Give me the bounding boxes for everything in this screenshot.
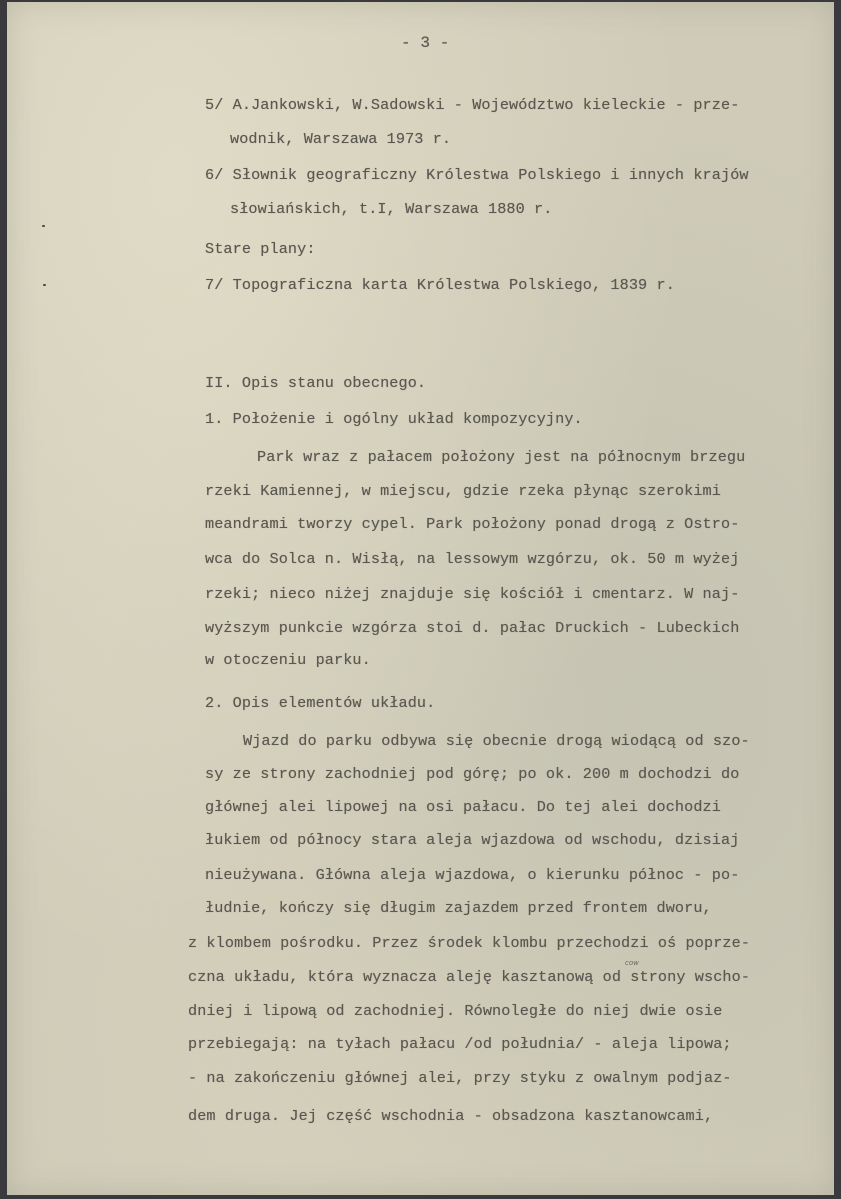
old-plans-heading: Stare plany: <box>205 240 316 258</box>
subsection-2-line: z klombem pośrodku. Przez środek klombu … <box>188 934 750 952</box>
subsection-2-line: - na zakończeniu głównej alei, przy styk… <box>188 1069 732 1087</box>
subsection-2-line: łukiem od północy stara aleja wjazdowa o… <box>205 831 739 849</box>
subsection-2-line: Wjazd do parku odbywa się obecnie drogą … <box>243 732 750 750</box>
subsection-2-line: nieużywana. Główna aleja wjazdowa, o kie… <box>205 866 739 884</box>
subsection-1-line: wyższym punkcie wzgórza stoi d. pałac Dr… <box>205 619 739 637</box>
subsection-1-line: wca do Solca n. Wisłą, na lessowym wzgór… <box>205 550 739 568</box>
subsection-2-line: dniej i lipową od zachodniej. Równoległe… <box>188 1002 722 1020</box>
subsection-1-line: rzeki Kamiennej, w miejscu, gdzie rzeka … <box>205 482 721 500</box>
old-plan-7: 7/ Topograficzna karta Królestwa Polskie… <box>205 276 675 294</box>
reference-5-line-2: wodnik, Warszawa 1973 r. <box>230 130 451 148</box>
reference-5-line-1: 5/ A.Jankowski, W.Sadowski - Województwo… <box>205 96 739 114</box>
reference-6-line-1: 6/ Słownik geograficzny Królestwa Polski… <box>205 166 749 184</box>
subsection-2-line: głównej alei lipowej na osi pałacu. Do t… <box>205 798 721 816</box>
subsection-2-line: dem druga. Jej część wschodnia - obsadzo… <box>188 1107 713 1125</box>
subsection-1-line: rzeki; nieco niżej znajduje się kościół … <box>205 585 739 603</box>
subsection-1-line: meandrami tworzy cypel. Park położony po… <box>205 515 739 533</box>
scan-speck <box>42 225 45 227</box>
subsection-2-line: czna układu, która wyznacza aleję kaszta… <box>188 968 750 986</box>
subsection-1-line: w otoczeniu parku. <box>205 651 371 669</box>
page-number: - 3 - <box>401 34 450 52</box>
subsection-2-line: sy ze strony zachodniej pod górę; po ok.… <box>205 765 739 783</box>
subsection-2-line: przebiegają: na tyłach pałacu /od połudn… <box>188 1035 732 1053</box>
subsection-2-heading: 2. Opis elementów układu. <box>205 694 435 712</box>
subsection-1-line: Park wraz z pałacem położony jest na pół… <box>257 448 745 466</box>
subsection-1-heading: 1. Położenie i ogólny układ kompozycyjny… <box>205 410 583 428</box>
handwritten-annotation: cow <box>625 959 639 967</box>
scanned-page: - 3 - 5/ A.Jankowski, W.Sadowski - Wojew… <box>7 2 834 1195</box>
scan-speck <box>43 284 46 286</box>
reference-6-line-2: słowiańskich, t.I, Warszawa 1880 r. <box>230 200 553 218</box>
subsection-2-line: łudnie, kończy się długim zajazdem przed… <box>205 899 712 917</box>
section-heading: II. Opis stanu obecnego. <box>205 374 426 392</box>
